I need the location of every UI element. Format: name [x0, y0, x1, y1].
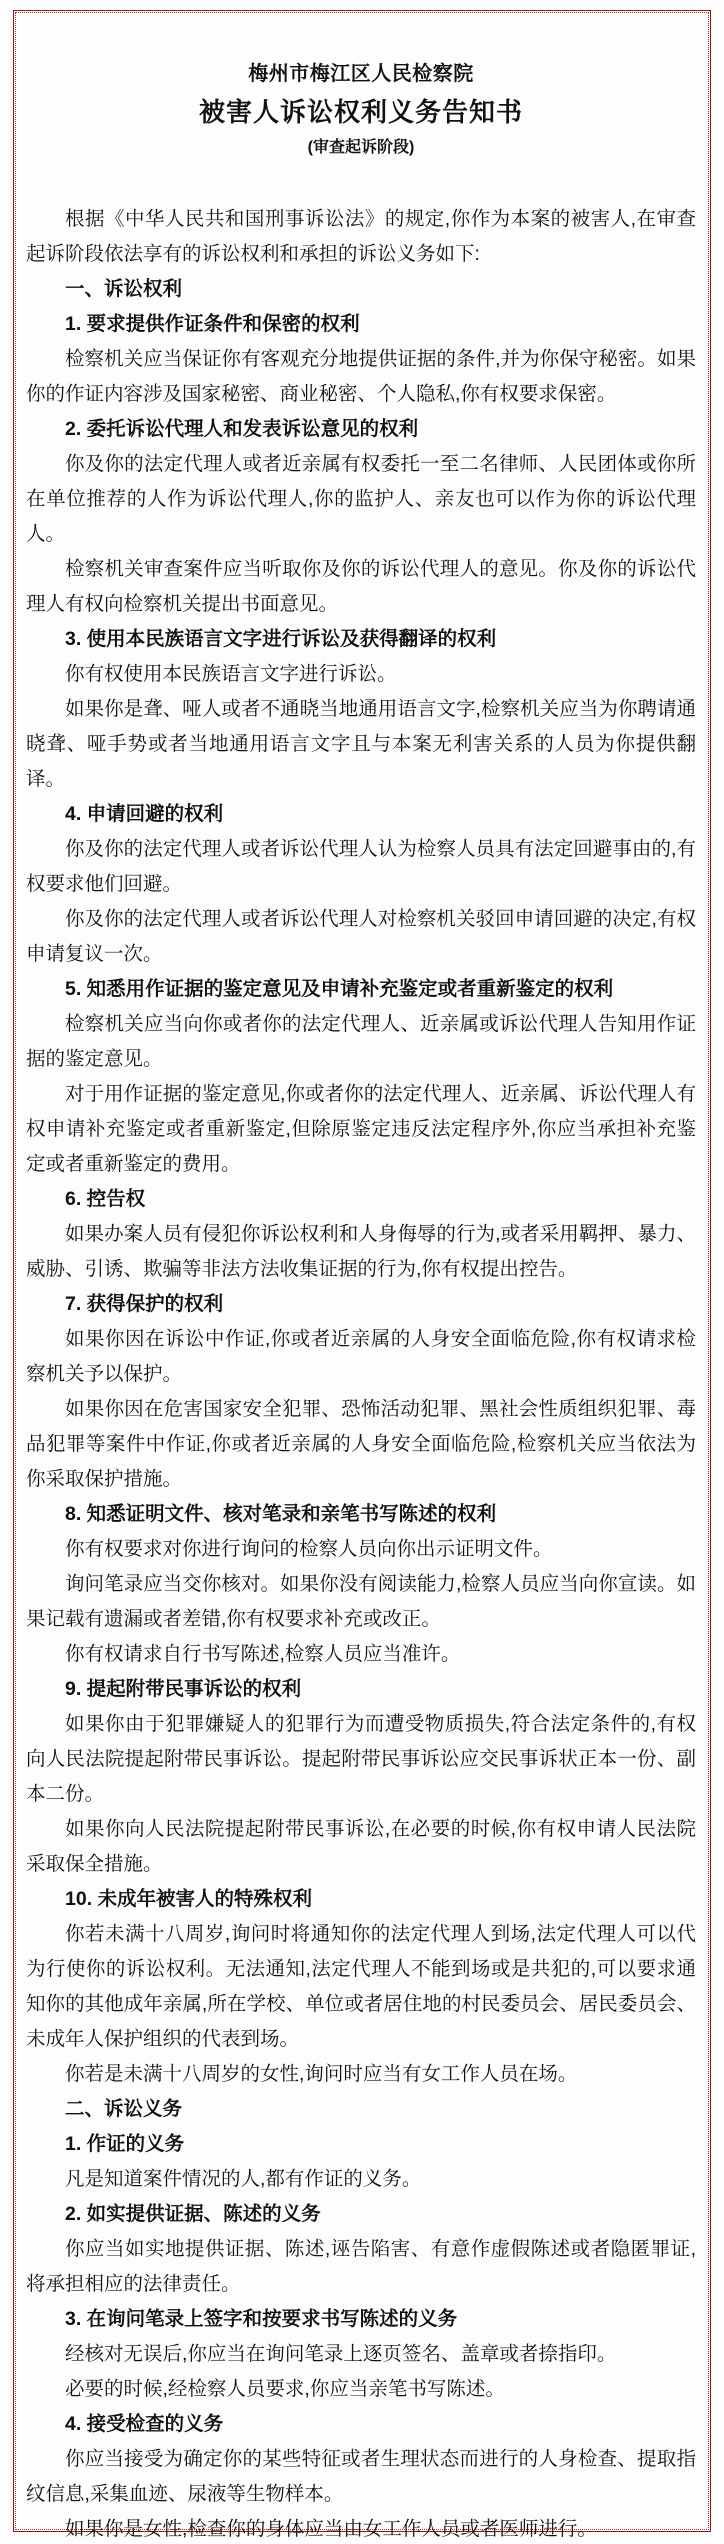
notice-document-page: 梅州市梅江区人民检察院 被害人诉讼权利义务告知书 (审查起诉阶段) 根据《中华人…: [0, 0, 724, 2544]
body-paragraph: 你及你的法定代理人或者诉讼代理人对检察机关驳回申请回避的决定,有权申请复议一次。: [26, 902, 696, 972]
item-heading: 4. 申请回避的权利: [26, 797, 696, 832]
item-heading: 6. 控告权: [26, 1182, 696, 1217]
item-heading: 8. 知悉证明文件、核对笔录和亲笔书写陈述的权利: [26, 1497, 696, 1532]
section-heading: 一、诉讼权利: [26, 272, 696, 307]
body-paragraph: 你应当接受为确定你的某些特征或者生理状态而进行的人身检查、提取指纹信息,采集血迹…: [26, 2442, 696, 2512]
document-content: 梅州市梅江区人民检察院 被害人诉讼权利义务告知书 (审查起诉阶段) 根据《中华人…: [26, 0, 696, 2544]
stage-subtitle: (审查起诉阶段): [26, 132, 696, 164]
item-heading: 1. 要求提供作证条件和保密的权利: [26, 307, 696, 342]
item-heading: 1. 作证的义务: [26, 2127, 696, 2162]
body-paragraph: 如果你因在危害国家安全犯罪、恐怖活动犯罪、黑社会性质组织犯罪、毒品犯罪等案件中作…: [26, 1392, 696, 1497]
item-heading: 5. 知悉用作证据的鉴定意见及申请补充鉴定或者重新鉴定的权利: [26, 972, 696, 1007]
body-paragraph: 你及你的法定代理人或者近亲属有权委托一至二名律师、人民团体或你所在单位推荐的人作…: [26, 447, 696, 552]
issuing-organization: 梅州市梅江区人民检察院: [26, 56, 696, 92]
body-paragraph: 你及你的法定代理人或者诉讼代理人认为检察人员具有法定回避事由的,有权要求他们回避…: [26, 832, 696, 902]
body-paragraph: 对于用作证据的鉴定意见,你或者你的法定代理人、近亲属、诉讼代理人有权申请补充鉴定…: [26, 1077, 696, 1182]
body-paragraph: 检察机关审查案件应当听取你及你的诉讼代理人的意见。你及你的诉讼代理人有权向检察机…: [26, 552, 696, 622]
item-heading: 10. 未成年被害人的特殊权利: [26, 1882, 696, 1917]
body-paragraph: 询问笔录应当交你核对。如果你没有阅读能力,检察人员应当向你宣读。如果记载有遗漏或…: [26, 1567, 696, 1637]
document-header: 梅州市梅江区人民检察院 被害人诉讼权利义务告知书 (审查起诉阶段): [26, 0, 696, 164]
document-body: 一、诉讼权利1. 要求提供作证条件和保密的权利检察机关应当保证你有客观充分地提供…: [26, 272, 696, 2544]
body-paragraph: 检察机关应当向你或者你的法定代理人、近亲属或诉讼代理人告知用作证据的鉴定意见。: [26, 1007, 696, 1077]
body-paragraph: 如果你是聋、哑人或者不通晓当地通用语言文字,检察机关应当为你聘请通晓聋、哑手势或…: [26, 692, 696, 797]
item-heading: 2. 委托诉讼代理人和发表诉讼意见的权利: [26, 412, 696, 447]
body-paragraph: 如果你是女性,检查你的身体应当由女工作人员或者医师进行。: [26, 2512, 696, 2544]
item-heading: 2. 如实提供证据、陈述的义务: [26, 2197, 696, 2232]
body-paragraph: 必要的时候,经检察人员要求,你应当亲笔书写陈述。: [26, 2372, 696, 2407]
body-paragraph: 检察机关应当保证你有客观充分地提供证据的条件,并为你保守秘密。如果你的作证内容涉…: [26, 342, 696, 412]
item-heading: 9. 提起附带民事诉讼的权利: [26, 1672, 696, 1707]
body-paragraph: 如果你向人民法院提起附带民事诉讼,在必要的时候,你有权申请人民法院采取保全措施。: [26, 1812, 696, 1882]
body-paragraph: 如果你因在诉讼中作证,你或者近亲属的人身安全面临危险,你有权请求检察机关予以保护…: [26, 1322, 696, 1392]
item-heading: 3. 使用本民族语言文字进行诉讼及获得翻译的权利: [26, 622, 696, 657]
section-heading: 二、诉讼义务: [26, 2092, 696, 2127]
body-paragraph: 凡是知道案件情况的人,都有作证的义务。: [26, 2162, 696, 2197]
item-heading: 3. 在询问笔录上签字和按要求书写陈述的义务: [26, 2302, 696, 2337]
item-heading: 7. 获得保护的权利: [26, 1287, 696, 1322]
body-paragraph: 经核对无误后,你应当在询问笔录上逐页签名、盖章或者捺指印。: [26, 2337, 696, 2372]
document-title: 被害人诉讼权利义务告知书: [26, 92, 696, 132]
body-paragraph: 如果办案人员有侵犯你诉讼权利和人身侮辱的行为,或者采用羁押、暴力、威胁、引诱、欺…: [26, 1217, 696, 1287]
intro-paragraph: 根据《中华人民共和国刑事诉讼法》的规定,你作为本案的被害人,在审查起诉阶段依法享…: [26, 202, 696, 272]
body-paragraph: 你应当如实地提供证据、陈述,诬告陷害、有意作虚假陈述或者隐匿罪证,将承担相应的法…: [26, 2232, 696, 2302]
body-paragraph: 如果你由于犯罪嫌疑人的犯罪行为而遭受物质损失,符合法定条件的,有权向人民法院提起…: [26, 1707, 696, 1812]
body-paragraph: 你若未满十八周岁,询问时将通知你的法定代理人到场,法定代理人可以代为行使你的诉讼…: [26, 1917, 696, 2057]
body-paragraph: 你若是未满十八周岁的女性,询问时应当有女工作人员在场。: [26, 2057, 696, 2092]
body-paragraph: 你有权请求自行书写陈述,检察人员应当准许。: [26, 1637, 696, 1672]
item-heading: 4. 接受检查的义务: [26, 2407, 696, 2442]
body-paragraph: 你有权使用本民族语言文字进行诉讼。: [26, 657, 696, 692]
body-paragraph: 你有权要求对你进行询问的检察人员向你出示证明文件。: [26, 1532, 696, 1567]
